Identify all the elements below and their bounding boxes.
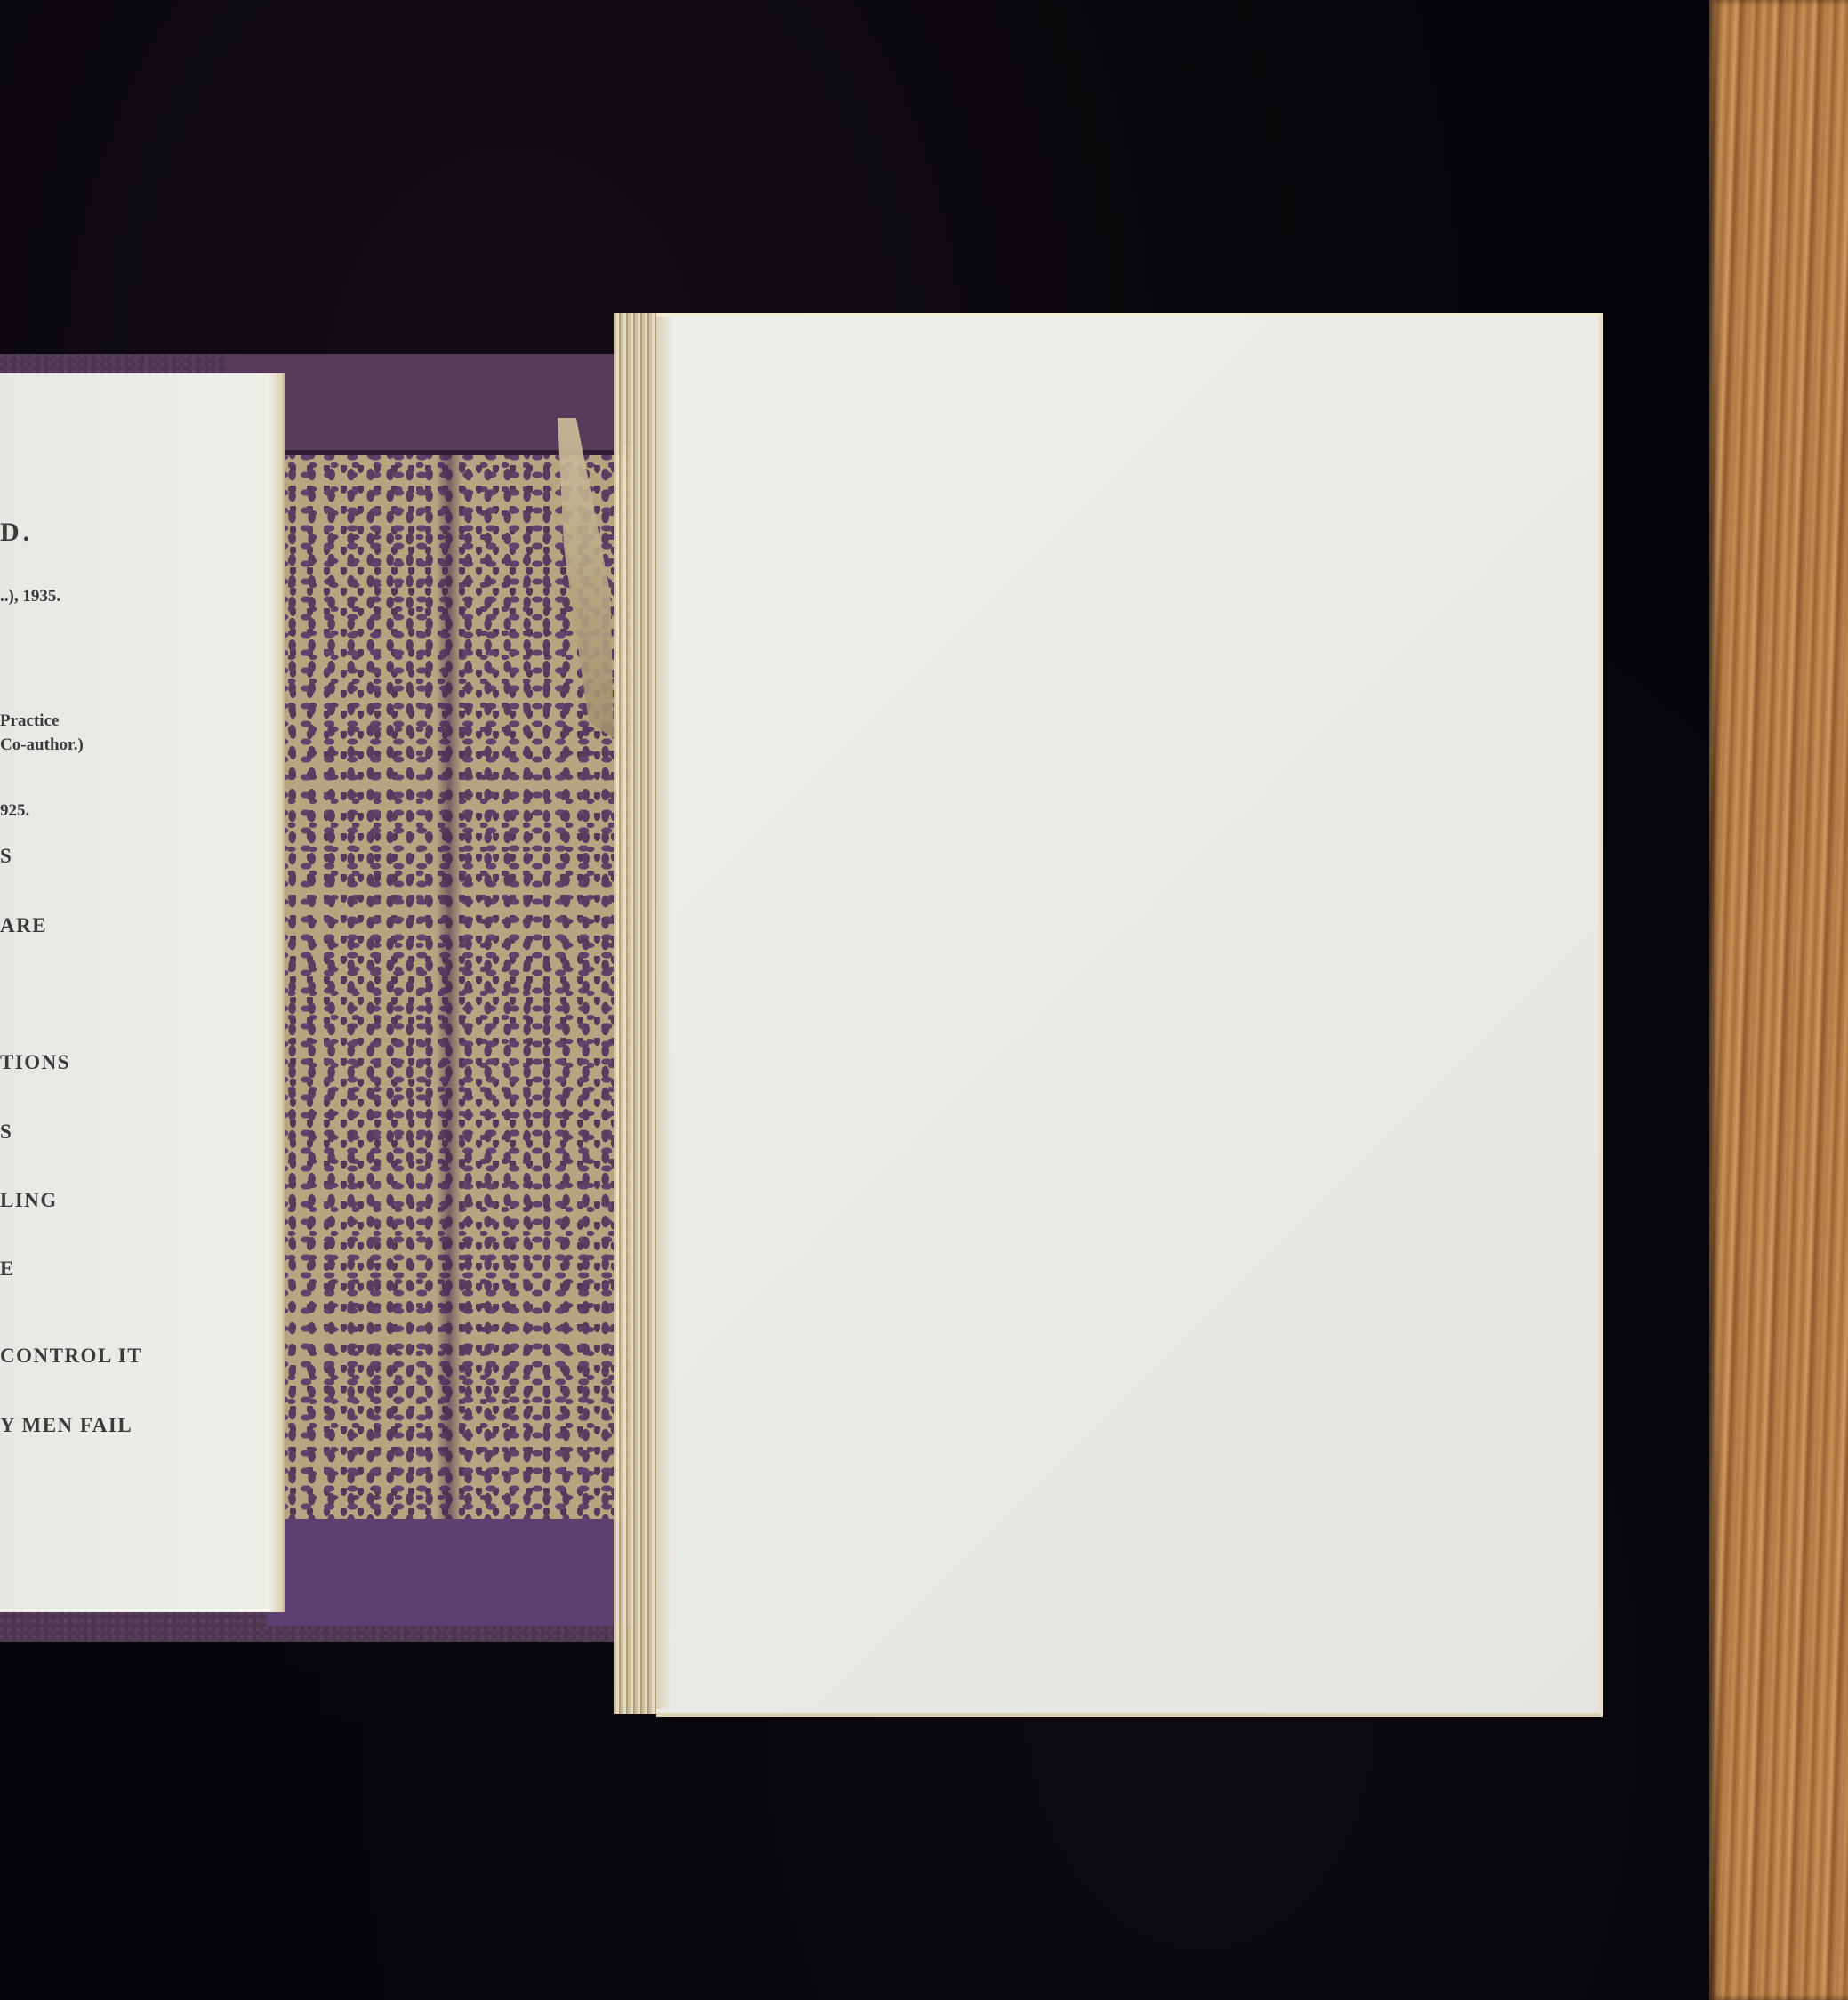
- right-page-gutter: [656, 317, 672, 1709]
- page-text-line: Co-author.): [0, 735, 84, 755]
- page-text-line: ARE: [0, 914, 47, 937]
- page-text-line: S: [0, 1120, 12, 1144]
- wood-strip: [1709, 0, 1848, 2000]
- page-text-line: ..), 1935.: [0, 587, 60, 606]
- page-text-line: TIONS: [0, 1051, 70, 1074]
- page-text-line: CONTROL IT: [0, 1345, 142, 1368]
- spine-binding-threads: [614, 313, 660, 1714]
- page-text-line: Practice: [0, 711, 59, 731]
- left-page-text: D...), 1935.PracticeCo-author.)925.SARET…: [0, 373, 283, 1612]
- right-page-blank: [656, 313, 1603, 1717]
- page-text-line: LING: [0, 1189, 58, 1212]
- page-text-line: 925.: [0, 801, 29, 821]
- page-text-line: Y MEN FAIL: [0, 1414, 133, 1437]
- page-text-line: S: [0, 845, 12, 868]
- page-text-line: D.: [0, 518, 33, 548]
- page-text-line: E: [0, 1257, 15, 1281]
- left-page: D...), 1935.PracticeCo-author.)925.SARET…: [0, 373, 283, 1612]
- cover-bottom-turn-in: [267, 1519, 631, 1626]
